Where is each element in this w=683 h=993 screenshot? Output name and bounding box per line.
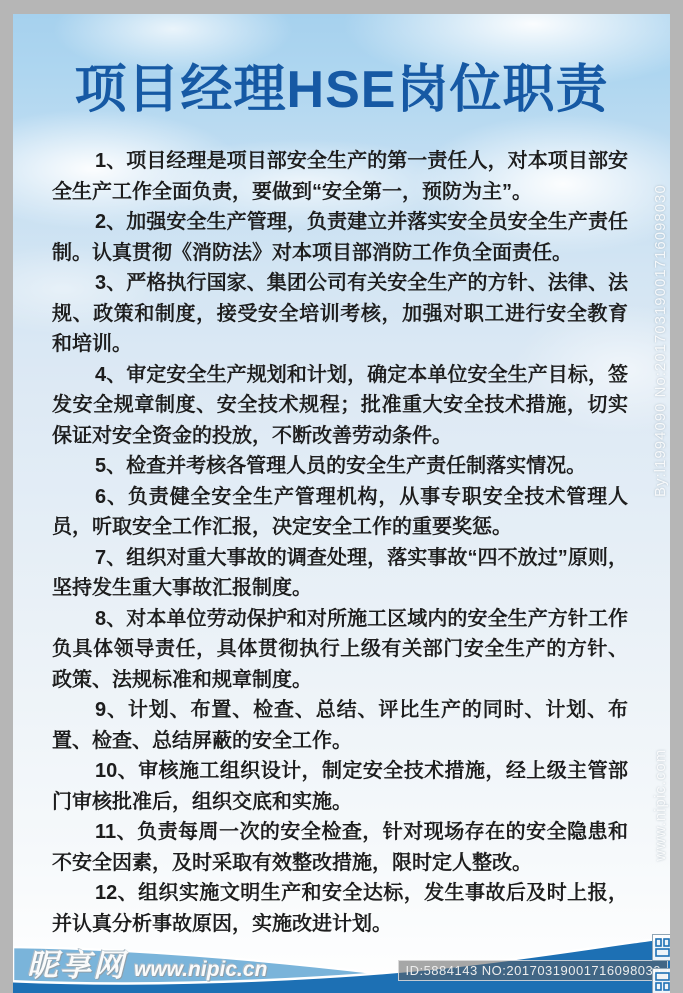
item-text: 组织实施文明生产和安全达标，发生事故后及时上报，并认真分析事故原因，实施改进计划… [52, 882, 628, 935]
item-number: 4、 [95, 364, 126, 386]
list-item: 12、组织实施文明生产和安全达标，发生事故后及时上报，并认真分析事故原因，实施改… [52, 878, 628, 939]
item-number: 1、 [95, 150, 126, 172]
item-text: 负责健全安全生产管理机构，从事专职安全技术管理人员，听取安全工作汇报，决定安全工… [52, 486, 628, 539]
item-text: 计划、布置、检查、总结、评比生产的同时、计划、布置、检查、总结屏蔽的安全工作。 [52, 699, 628, 752]
item-number: 2、 [95, 211, 126, 233]
watermark-site-url: www.nipic.cn [134, 958, 267, 981]
page-title: 项目经理HSE岗位职责 [13, 60, 670, 120]
nipic-logo-icon [652, 968, 670, 993]
nipic-logo-icon [652, 934, 670, 961]
watermark-site-name: 昵享网 [27, 948, 126, 983]
list-item: 11、负责每周一次的安全检查，针对现场存在的安全隐患和不安全因素，及时采取有效整… [52, 817, 628, 878]
item-number: 7、 [95, 547, 126, 569]
watermark-site: 昵享网www.nipic.cn [27, 940, 267, 985]
item-text: 审核施工组织设计，制定安全技术措施，经上级主管部门审核批准后，组织交底和实施。 [52, 760, 628, 813]
list-item: 4、审定安全生产规划和计划，确定本单位安全生产目标，签发安全规章制度、安全技术规… [52, 360, 628, 452]
item-text: 审定安全生产规划和计划，确定本单位安全生产目标，签发安全规章制度、安全技术规程；… [52, 364, 628, 447]
item-text: 严格执行国家、集团公司有关安全生产的方针、法律、法规、政策和制度，接受安全培训考… [52, 272, 628, 355]
duty-list: 1、项目经理是项目部安全生产的第一责任人，对本项目部安全生产工作全面负责，要做到… [52, 146, 628, 939]
list-item: 5、检查并考核各管理人员的安全生产责任制落实情况。 [52, 451, 628, 482]
item-text: 组织对重大事故的调查处理，落实事故“四不放过”原则，坚持发生重大事故汇报制度。 [52, 547, 628, 600]
item-number: 6、 [95, 486, 128, 508]
item-text: 负责每周一次的安全检查，针对现场存在的安全隐患和不安全因素，及时采取有效整改措施… [52, 821, 628, 874]
list-item: 6、负责健全安全生产管理机构，从事专职安全技术管理人员，听取安全工作汇报，决定安… [52, 482, 628, 543]
item-number: 12、 [95, 882, 138, 904]
list-item: 2、加强安全生产管理，负责建立并落实安全员安全生产责任制。认真贯彻《消防法》对本… [52, 207, 628, 268]
gray-frame: 项目经理HSE岗位职责 1、项目经理是项目部安全生产的第一责任人，对本项目部安全… [0, 0, 683, 993]
item-text: 加强安全生产管理，负责建立并落实安全员安全生产责任制。认真贯彻《消防法》对本项目… [52, 211, 628, 264]
list-item: 7、组织对重大事故的调查处理，落实事故“四不放过”原则，坚持发生重大事故汇报制度… [52, 543, 628, 604]
list-item: 8、对本单位劳动保护和对所施工区域内的安全生产方针工作负具体领导责任，具体贯彻执… [52, 604, 628, 696]
list-item: 10、审核施工组织设计，制定安全技术措施，经上级主管部门审核批准后，组织交底和实… [52, 756, 628, 817]
item-text: 检查并考核各管理人员的安全生产责任制落实情况。 [126, 455, 586, 477]
item-number: 10、 [95, 760, 138, 782]
item-number: 5、 [95, 455, 126, 477]
watermark-id-badge: ID:5884143 NO:20170319001716098030 [398, 960, 668, 981]
item-text: 对本单位劳动保护和对所施工区域内的安全生产方针工作负具体领导责任，具体贯彻执行上… [52, 608, 628, 691]
item-number: 3、 [95, 272, 126, 294]
list-item: 3、严格执行国家、集团公司有关安全生产的方针、法律、法规、政策和制度，接受安全培… [52, 268, 628, 360]
item-text: 项目经理是项目部安全生产的第一责任人，对本项目部安全生产工作全面负责，要做到“安… [52, 150, 628, 203]
watermark-url-vertical: www.nipic.com [652, 611, 670, 861]
item-number: 11、 [95, 821, 137, 843]
list-item: 9、计划、布置、检查、总结、评比生产的同时、计划、布置、检查、总结屏蔽的安全工作… [52, 695, 628, 756]
watermark-author-vertical: By:l1994090 No:20170319001716098030 [652, 32, 670, 497]
item-number: 9、 [95, 699, 128, 721]
item-number: 8、 [95, 608, 126, 630]
list-item: 1、项目经理是项目部安全生产的第一责任人，对本项目部安全生产工作全面负责，要做到… [52, 146, 628, 207]
hse-duty-poster: 项目经理HSE岗位职责 1、项目经理是项目部安全生产的第一责任人，对本项目部安全… [13, 14, 670, 993]
